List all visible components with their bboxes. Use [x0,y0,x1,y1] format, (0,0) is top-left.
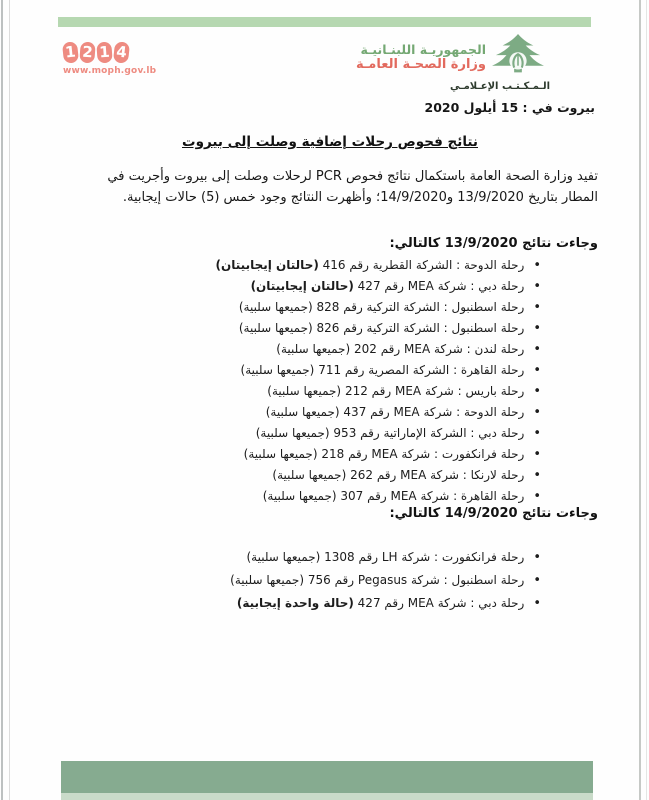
page-edge-right [639,0,641,800]
page-edge-right-outer [646,0,647,800]
flight-result-negative: (جميعها سلبية) [244,447,318,461]
intro-line-1: تفيد وزارة الصحة العامة باستكمال نتائج ف… [83,166,598,187]
flight-result-item: رحلة القاهرة : الشركة المصرية رقم 711 (ج… [216,360,541,381]
flight-label: رحلة الدوحة : الشركة القطرية رقم 416 [319,258,525,272]
flight-result-item: رحلة دبي : شركة MEA رقم 427 (حالة واحدة … [230,592,541,615]
flight-label: رحلة فرانكفورت : شركة LH رقم 1308 [320,550,524,564]
flight-result-item: رحلة فرانكفورت : شركة MEA رقم 218 (جميعه… [216,444,541,465]
government-header: الجمهوريـة اللبنـانيـة وزارة الصحـة العا… [356,33,545,87]
flight-result-negative: (جميعها سلبية) [263,489,337,503]
flight-result-item: رحلة فرانكفورت : شركة LH رقم 1308 (جميعه… [230,546,541,569]
flight-result-negative: (جميعها سلبية) [239,300,313,314]
flight-label: رحلة باريس : شركة MEA رقم 212 [341,384,524,398]
hotline-digit: 1 [96,42,112,64]
flight-result-item: رحلة اسطنبول : الشركة التركية رقم 828 (ج… [216,297,541,318]
date-line: بيروت في : 15 أيلول 2020 [425,100,595,115]
flight-label: رحلة اسطنبول : الشركة التركية رقم 826 [313,321,525,335]
page-edge-left-inner [9,0,10,800]
top-green-strip [58,17,591,27]
flight-result-positive: (حالتان إيجابيتان) [216,258,319,272]
bottom-green-band [61,761,593,793]
flight-result-item: رحلة باريس : شركة MEA رقم 212 (جميعها سل… [216,381,541,402]
flight-label: رحلة دبي : الشركة الإماراتية رقم 953 [330,426,525,440]
flight-result-negative: (جميعها سلبية) [276,342,350,356]
flight-label: رحلة القاهرة : الشركة المصرية رقم 711 [314,363,524,377]
bottom-green-band-fade [61,793,593,800]
flight-result-item: رحلة لندن : شركة MEA رقم 202 (جميعها سلب… [216,339,541,360]
flight-result-item: رحلة دبي : شركة MEA رقم 427 (حالتان إيجا… [216,276,541,297]
hotline-1214-logo: 1 2 1 4 www.moph.gov.lb [63,42,156,76]
flight-result-negative: (جميعها سلبية) [230,573,304,587]
flight-label: رحلة دبي : شركة MEA رقم 427 [354,279,524,293]
intro-line-2: المطار بتاريخ 13/9/2020 و14/9/2020؛ وأظه… [83,187,598,208]
flight-result-positive: (حالة واحدة إيجابية) [237,596,354,610]
flight-result-item: رحلة الدوحة : شركة MEA رقم 437 (جميعها س… [216,402,541,423]
flight-result-negative: (جميعها سلبية) [266,405,340,419]
results-heading-13-9: وجاءت نتائج 13/9/2020 كالتالي: [389,236,598,251]
scanned-press-release-page: 1 2 1 4 www.moph.gov.lb الجمهوريـة اللبن… [0,0,649,800]
ministry-name: وزارة الصحـة العامـة [356,57,486,73]
flight-label: رحلة الدوحة : شركة MEA رقم 437 [340,405,525,419]
flight-result-negative: (جميعها سلبية) [267,384,341,398]
flight-label: رحلة دبي : شركة MEA رقم 427 [354,596,524,610]
flight-results-list-14-9: رحلة فرانكفورت : شركة LH رقم 1308 (جميعه… [230,546,541,615]
flight-result-negative: (جميعها سلبية) [246,550,320,564]
flight-results-list-13-9: رحلة الدوحة : الشركة القطرية رقم 416 (حا… [216,255,541,507]
flight-result-item: رحلة القاهرة : شركة MEA رقم 307 (جميعها … [216,486,541,507]
hotline-digits: 1 2 1 4 [63,42,156,63]
flight-result-item: رحلة اسطنبول : شركة Pegasus رقم 756 (جمي… [230,569,541,592]
flight-result-item: رحلة الدوحة : الشركة القطرية رقم 416 (حا… [216,255,541,276]
flight-result-positive: (حالتان إيجابيتان) [251,279,354,293]
flight-result-negative: (جميعها سلبية) [272,468,346,482]
flight-result-negative: (جميعها سلبية) [239,321,313,335]
government-header-text: الجمهوريـة اللبنـانيـة وزارة الصحـة العا… [356,42,486,73]
hotline-digit: 2 [79,42,95,64]
flight-result-item: رحلة اسطنبول : الشركة التركية رقم 826 (ج… [216,318,541,339]
flight-label: رحلة اسطنبول : شركة Pegasus رقم 756 [304,573,524,587]
flight-label: رحلة لندن : شركة MEA رقم 202 [350,342,524,356]
flight-result-negative: (جميعها سلبية) [256,426,330,440]
results-heading-14-9: وجاءت نتائج 14/9/2020 كالتالي: [389,506,598,521]
flight-label: رحلة فرانكفورت : شركة MEA رقم 218 [318,447,525,461]
republic-name: الجمهوريـة اللبنـانيـة [356,42,486,57]
flight-result-item: رحلة لارنكا : شركة MEA رقم 262 (جميعها س… [216,465,541,486]
document-title: نتائج فحوص رحلات إضافية وصلت إلى بيروت [62,134,598,150]
flight-label: رحلة اسطنبول : الشركة التركية رقم 828 [313,300,525,314]
flight-label: رحلة لارنكا : شركة MEA رقم 262 [346,468,524,482]
hotline-digit: 4 [113,41,130,63]
flight-result-item: رحلة دبي : الشركة الإماراتية رقم 953 (جم… [216,423,541,444]
flight-result-negative: (جميعها سلبية) [241,363,315,377]
page-edge-left [1,0,3,800]
hotline-digit: 1 [62,41,79,63]
cedar-tree-icon [491,33,545,87]
intro-paragraph: تفيد وزارة الصحة العامة باستكمال نتائج ف… [83,166,598,208]
media-office-label: الـمـكـتـب الإعـلامـي [450,81,550,92]
moph-website-url: www.moph.gov.lb [63,66,156,76]
flight-label: رحلة القاهرة : شركة MEA رقم 307 [337,489,525,503]
